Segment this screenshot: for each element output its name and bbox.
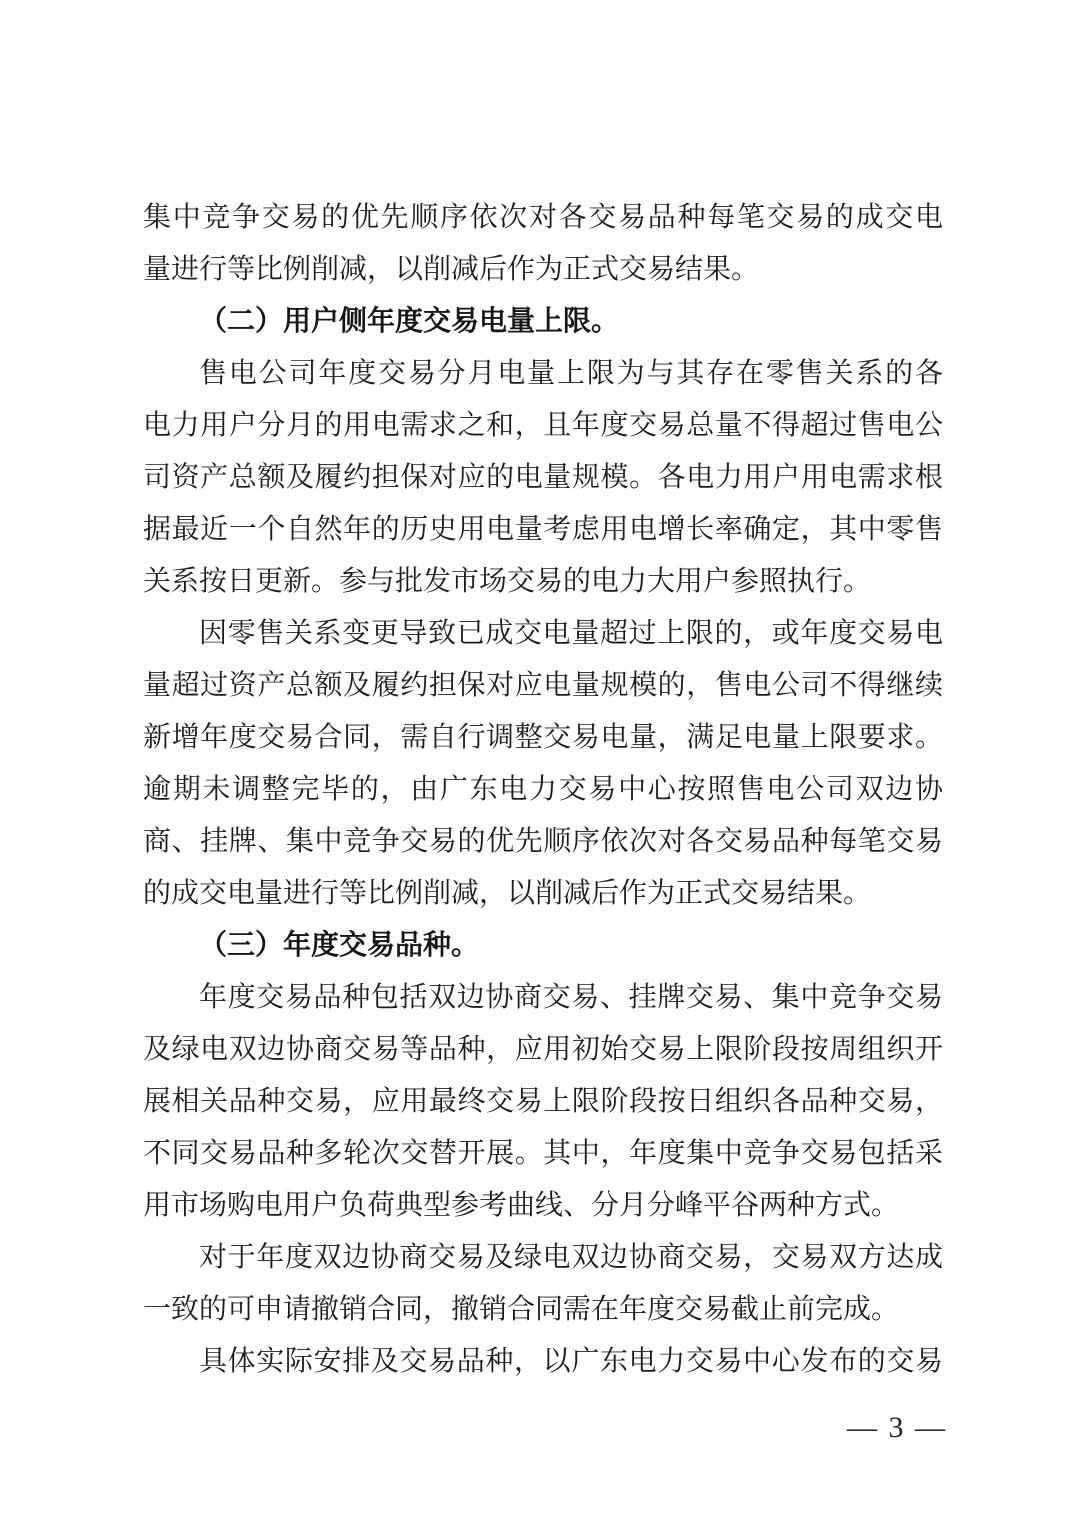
text-line: 及绿电双边协商交易等品种，应用初始交易上限阶段按周组织开 bbox=[143, 1024, 943, 1076]
text-line: 具体实际安排及交易品种，以广东电力交易中心发布的交易 bbox=[143, 1336, 943, 1388]
paragraph: 售电公司年度交易分月电量上限为与其存在零售关系的各 电力用户分月的用电需求之和，… bbox=[143, 348, 943, 608]
section-heading: （二）用户侧年度交易电量上限。 bbox=[143, 296, 943, 348]
document-page: 集中竞争交易的优先顺序依次对各交易品种每笔交易的成交电 量进行等比例削减，以削减… bbox=[0, 0, 1080, 1527]
paragraph: （三）年度交易品种。 bbox=[143, 920, 943, 972]
text-line: 年度交易品种包括双边协商交易、挂牌交易、集中竞争交易 bbox=[143, 972, 943, 1024]
paragraph: 集中竞争交易的优先顺序依次对各交易品种每笔交易的成交电 量进行等比例削减，以削减… bbox=[143, 192, 943, 296]
text-line: 关系按日更新。参与批发市场交易的电力大用户参照执行。 bbox=[143, 556, 943, 608]
text-line: 一致的可申请撤销合同，撤销合同需在年度交易截止前完成。 bbox=[143, 1284, 943, 1336]
text-line: 司资产总额及履约担保对应的电量规模。各电力用户用电需求根 bbox=[143, 452, 943, 504]
text-line: 集中竞争交易的优先顺序依次对各交易品种每笔交易的成交电 bbox=[143, 192, 943, 244]
text-block: 集中竞争交易的优先顺序依次对各交易品种每笔交易的成交电 量进行等比例削减，以削减… bbox=[143, 192, 943, 1388]
text-line: 新增年度交易合同，需自行调整交易电量，满足电量上限要求。 bbox=[143, 712, 943, 764]
text-line: 售电公司年度交易分月电量上限为与其存在零售关系的各 bbox=[143, 348, 943, 400]
text-line: 量超过资产总额及履约担保对应电量规模的，售电公司不得继续 bbox=[143, 660, 943, 712]
text-line: 因零售关系变更导致已成交电量超过上限的，或年度交易电 bbox=[143, 608, 943, 660]
text-line: 的成交电量进行等比例削减，以削减后作为正式交易结果。 bbox=[143, 868, 943, 920]
text-line: 用市场购电用户负荷典型参考曲线、分月分峰平谷两种方式。 bbox=[143, 1180, 943, 1232]
paragraph: 因零售关系变更导致已成交电量超过上限的，或年度交易电 量超过资产总额及履约担保对… bbox=[143, 608, 943, 920]
section-heading: （三）年度交易品种。 bbox=[143, 920, 943, 972]
text-line: 不同交易品种多轮次交替开展。其中，年度集中竞争交易包括采 bbox=[143, 1128, 943, 1180]
paragraph: 具体实际安排及交易品种，以广东电力交易中心发布的交易 bbox=[143, 1336, 943, 1388]
paragraph: （二）用户侧年度交易电量上限。 bbox=[143, 296, 943, 348]
paragraph: 年度交易品种包括双边协商交易、挂牌交易、集中竞争交易 及绿电双边协商交易等品种，… bbox=[143, 972, 943, 1232]
page-number: — 3 — bbox=[847, 1408, 947, 1448]
paragraph: 对于年度双边协商交易及绿电双边协商交易，交易双方达成 一致的可申请撤销合同，撤销… bbox=[143, 1232, 943, 1336]
text-line: 电力用户分月的用电需求之和，且年度交易总量不得超过售电公 bbox=[143, 400, 943, 452]
text-line: 展相关品种交易，应用最终交易上限阶段按日组织各品种交易， bbox=[143, 1076, 943, 1128]
text-line: 逾期未调整完毕的，由广东电力交易中心按照售电公司双边协 bbox=[143, 764, 943, 816]
text-line: 量进行等比例削减，以削减后作为正式交易结果。 bbox=[143, 244, 943, 296]
text-line: 商、挂牌、集中竞争交易的优先顺序依次对各交易品种每笔交易 bbox=[143, 816, 943, 868]
text-line: 据最近一个自然年的历史用电量考虑用电增长率确定，其中零售 bbox=[143, 504, 943, 556]
text-line: 对于年度双边协商交易及绿电双边协商交易，交易双方达成 bbox=[143, 1232, 943, 1284]
